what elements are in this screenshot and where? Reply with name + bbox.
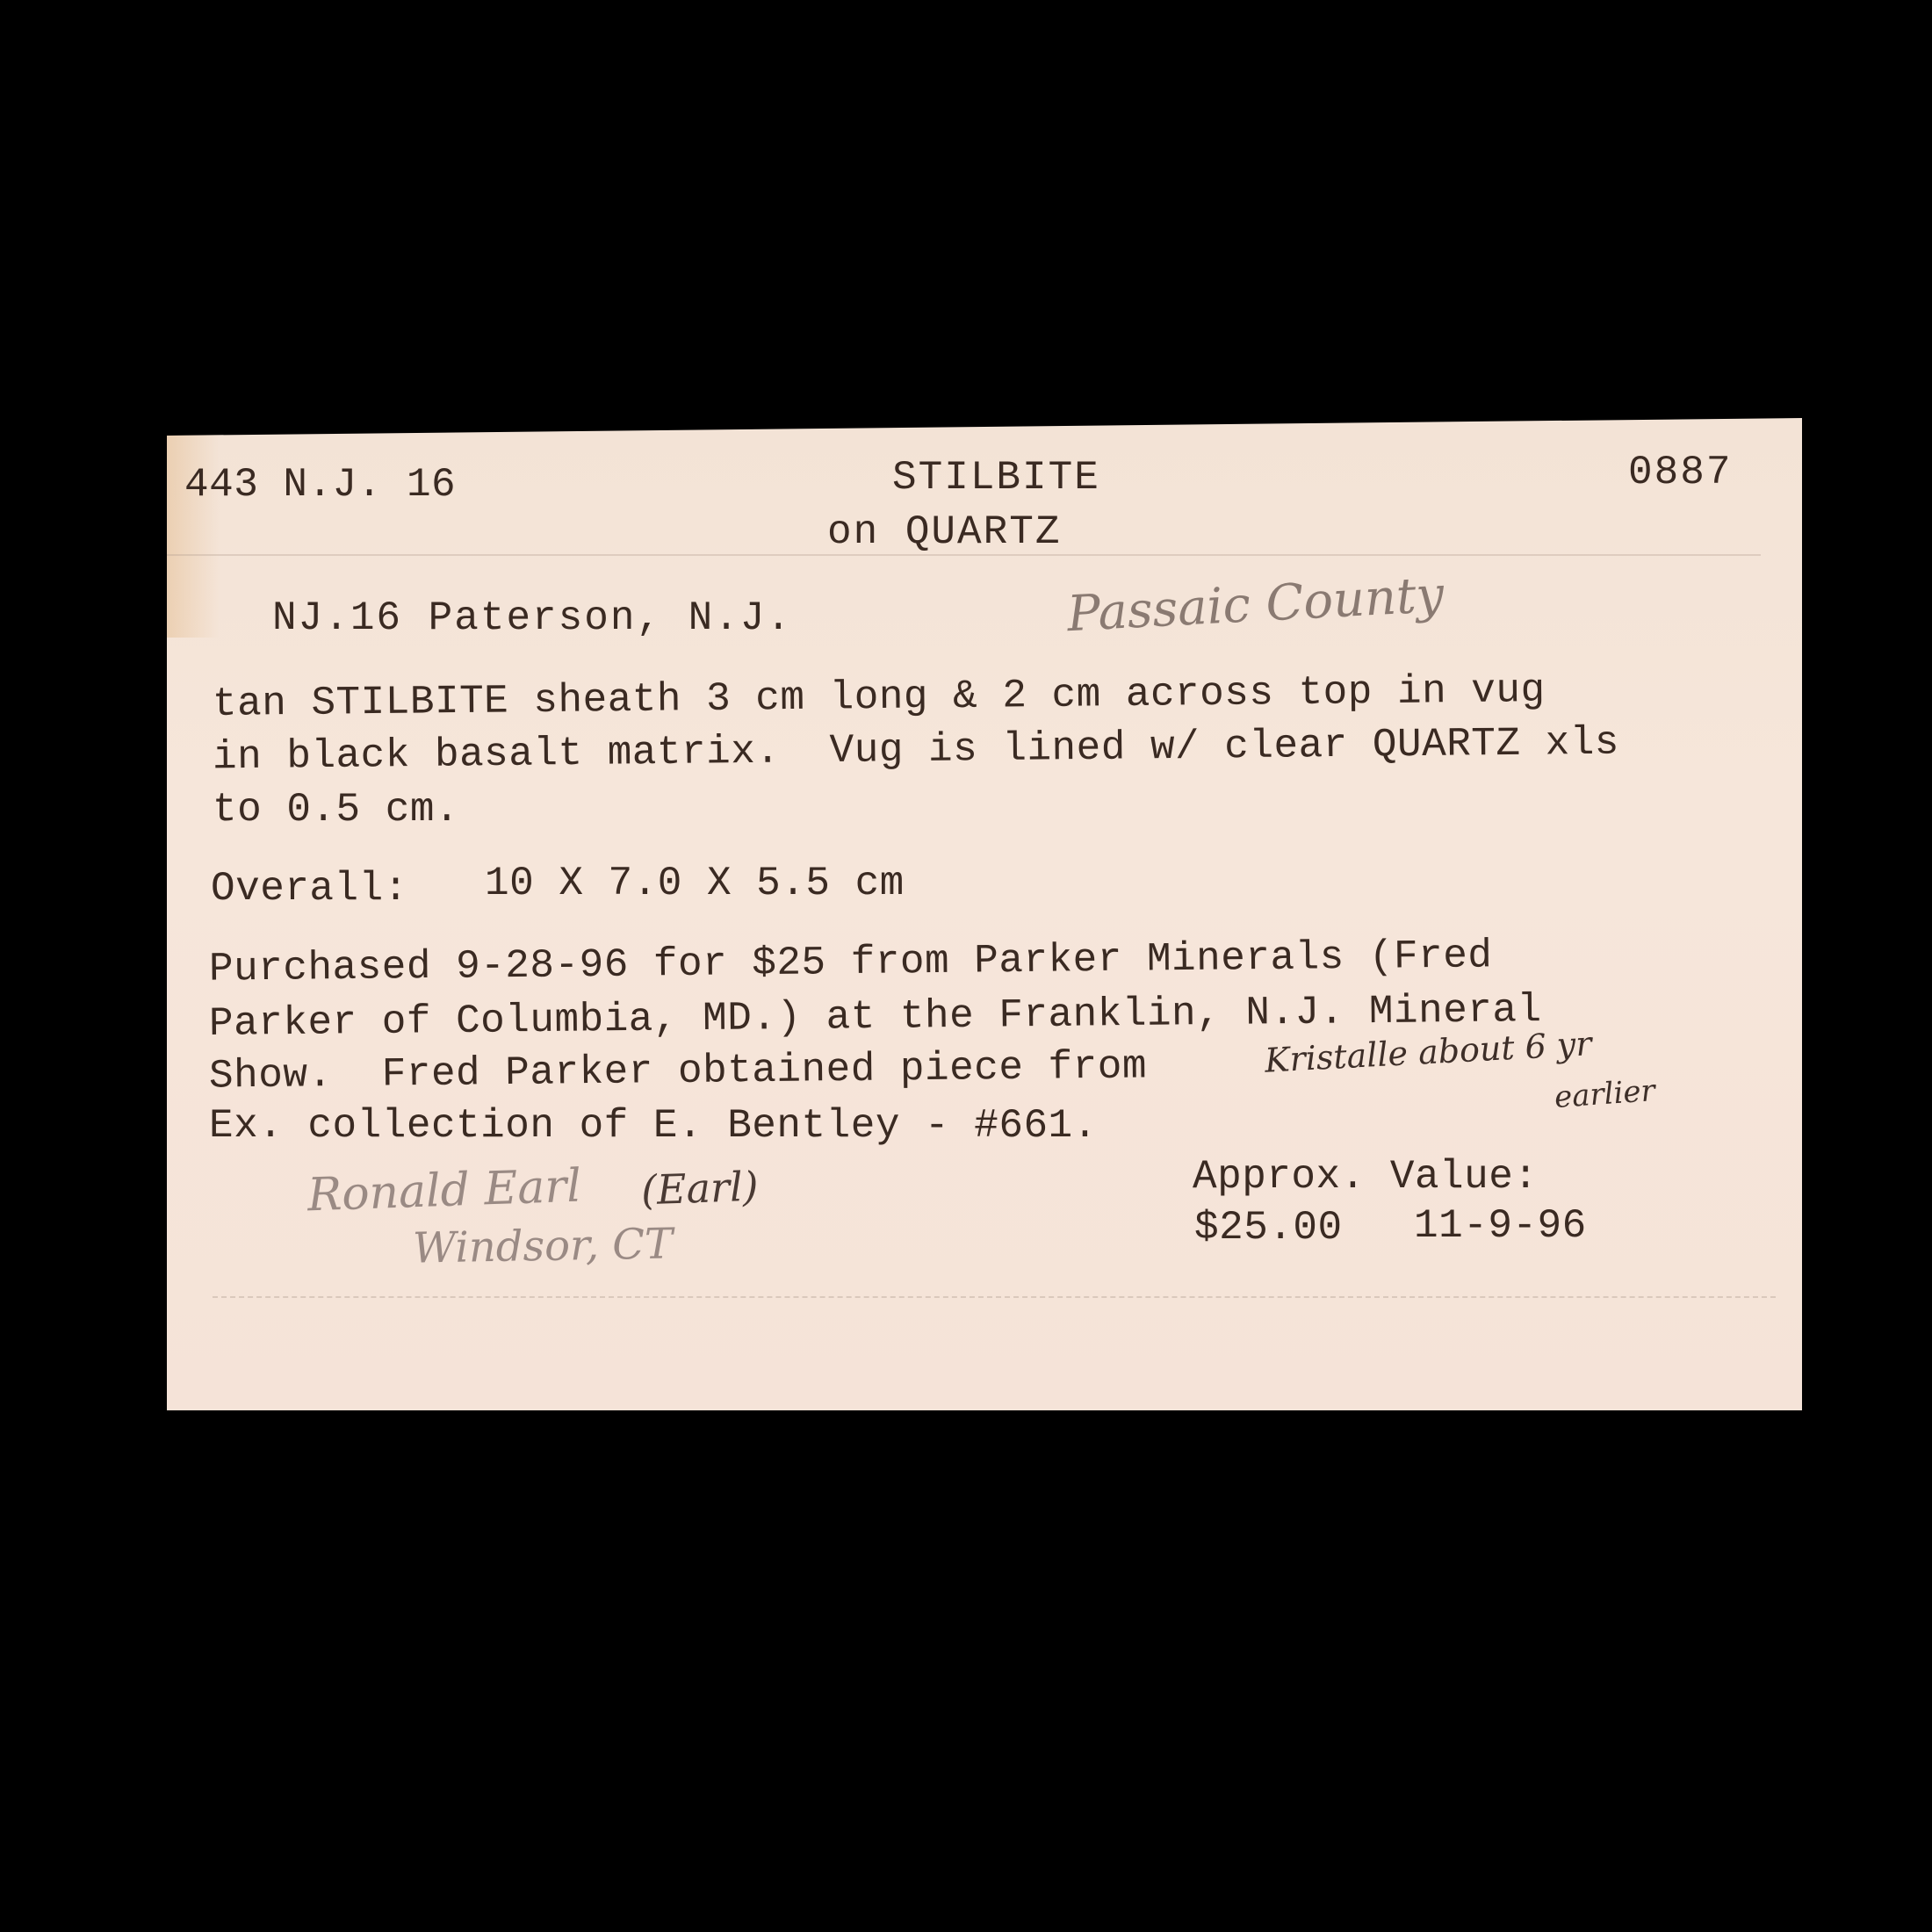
catalog-number: 0887 (1628, 450, 1732, 495)
owner-location: Windsor, CT (413, 1219, 674, 1272)
mineral-title: STILBITE (892, 455, 1100, 501)
mineral-subtitle: on QUARTZ (827, 509, 1061, 555)
catalog-left: 443 N.J. 16 (184, 462, 456, 508)
value-amount: $25.00 (1194, 1205, 1343, 1251)
owner-name: Ronald Earl (306, 1160, 582, 1222)
provenance-line-4: Ex. collection of E. Bentley - #661. (209, 1103, 1098, 1149)
description-line-3: to 0.5 cm. (213, 787, 459, 833)
provenance-handwritten-2: earlier (1554, 1073, 1656, 1115)
overall-label: Overall: (211, 866, 408, 912)
overall-dimensions: 10 X 7.0 X 5.5 cm (485, 861, 905, 906)
value-date: 11-9-96 (1414, 1203, 1587, 1249)
locality-typed: NJ.16 Paterson, N.J. (272, 595, 792, 641)
specimen-label-card: 443 N.J. 16 STILBITE on QUARTZ 0887 NJ.1… (167, 418, 1802, 1410)
owner-name-paren: (Earl) (640, 1163, 759, 1215)
value-label: Approx. Value: (1193, 1154, 1538, 1200)
